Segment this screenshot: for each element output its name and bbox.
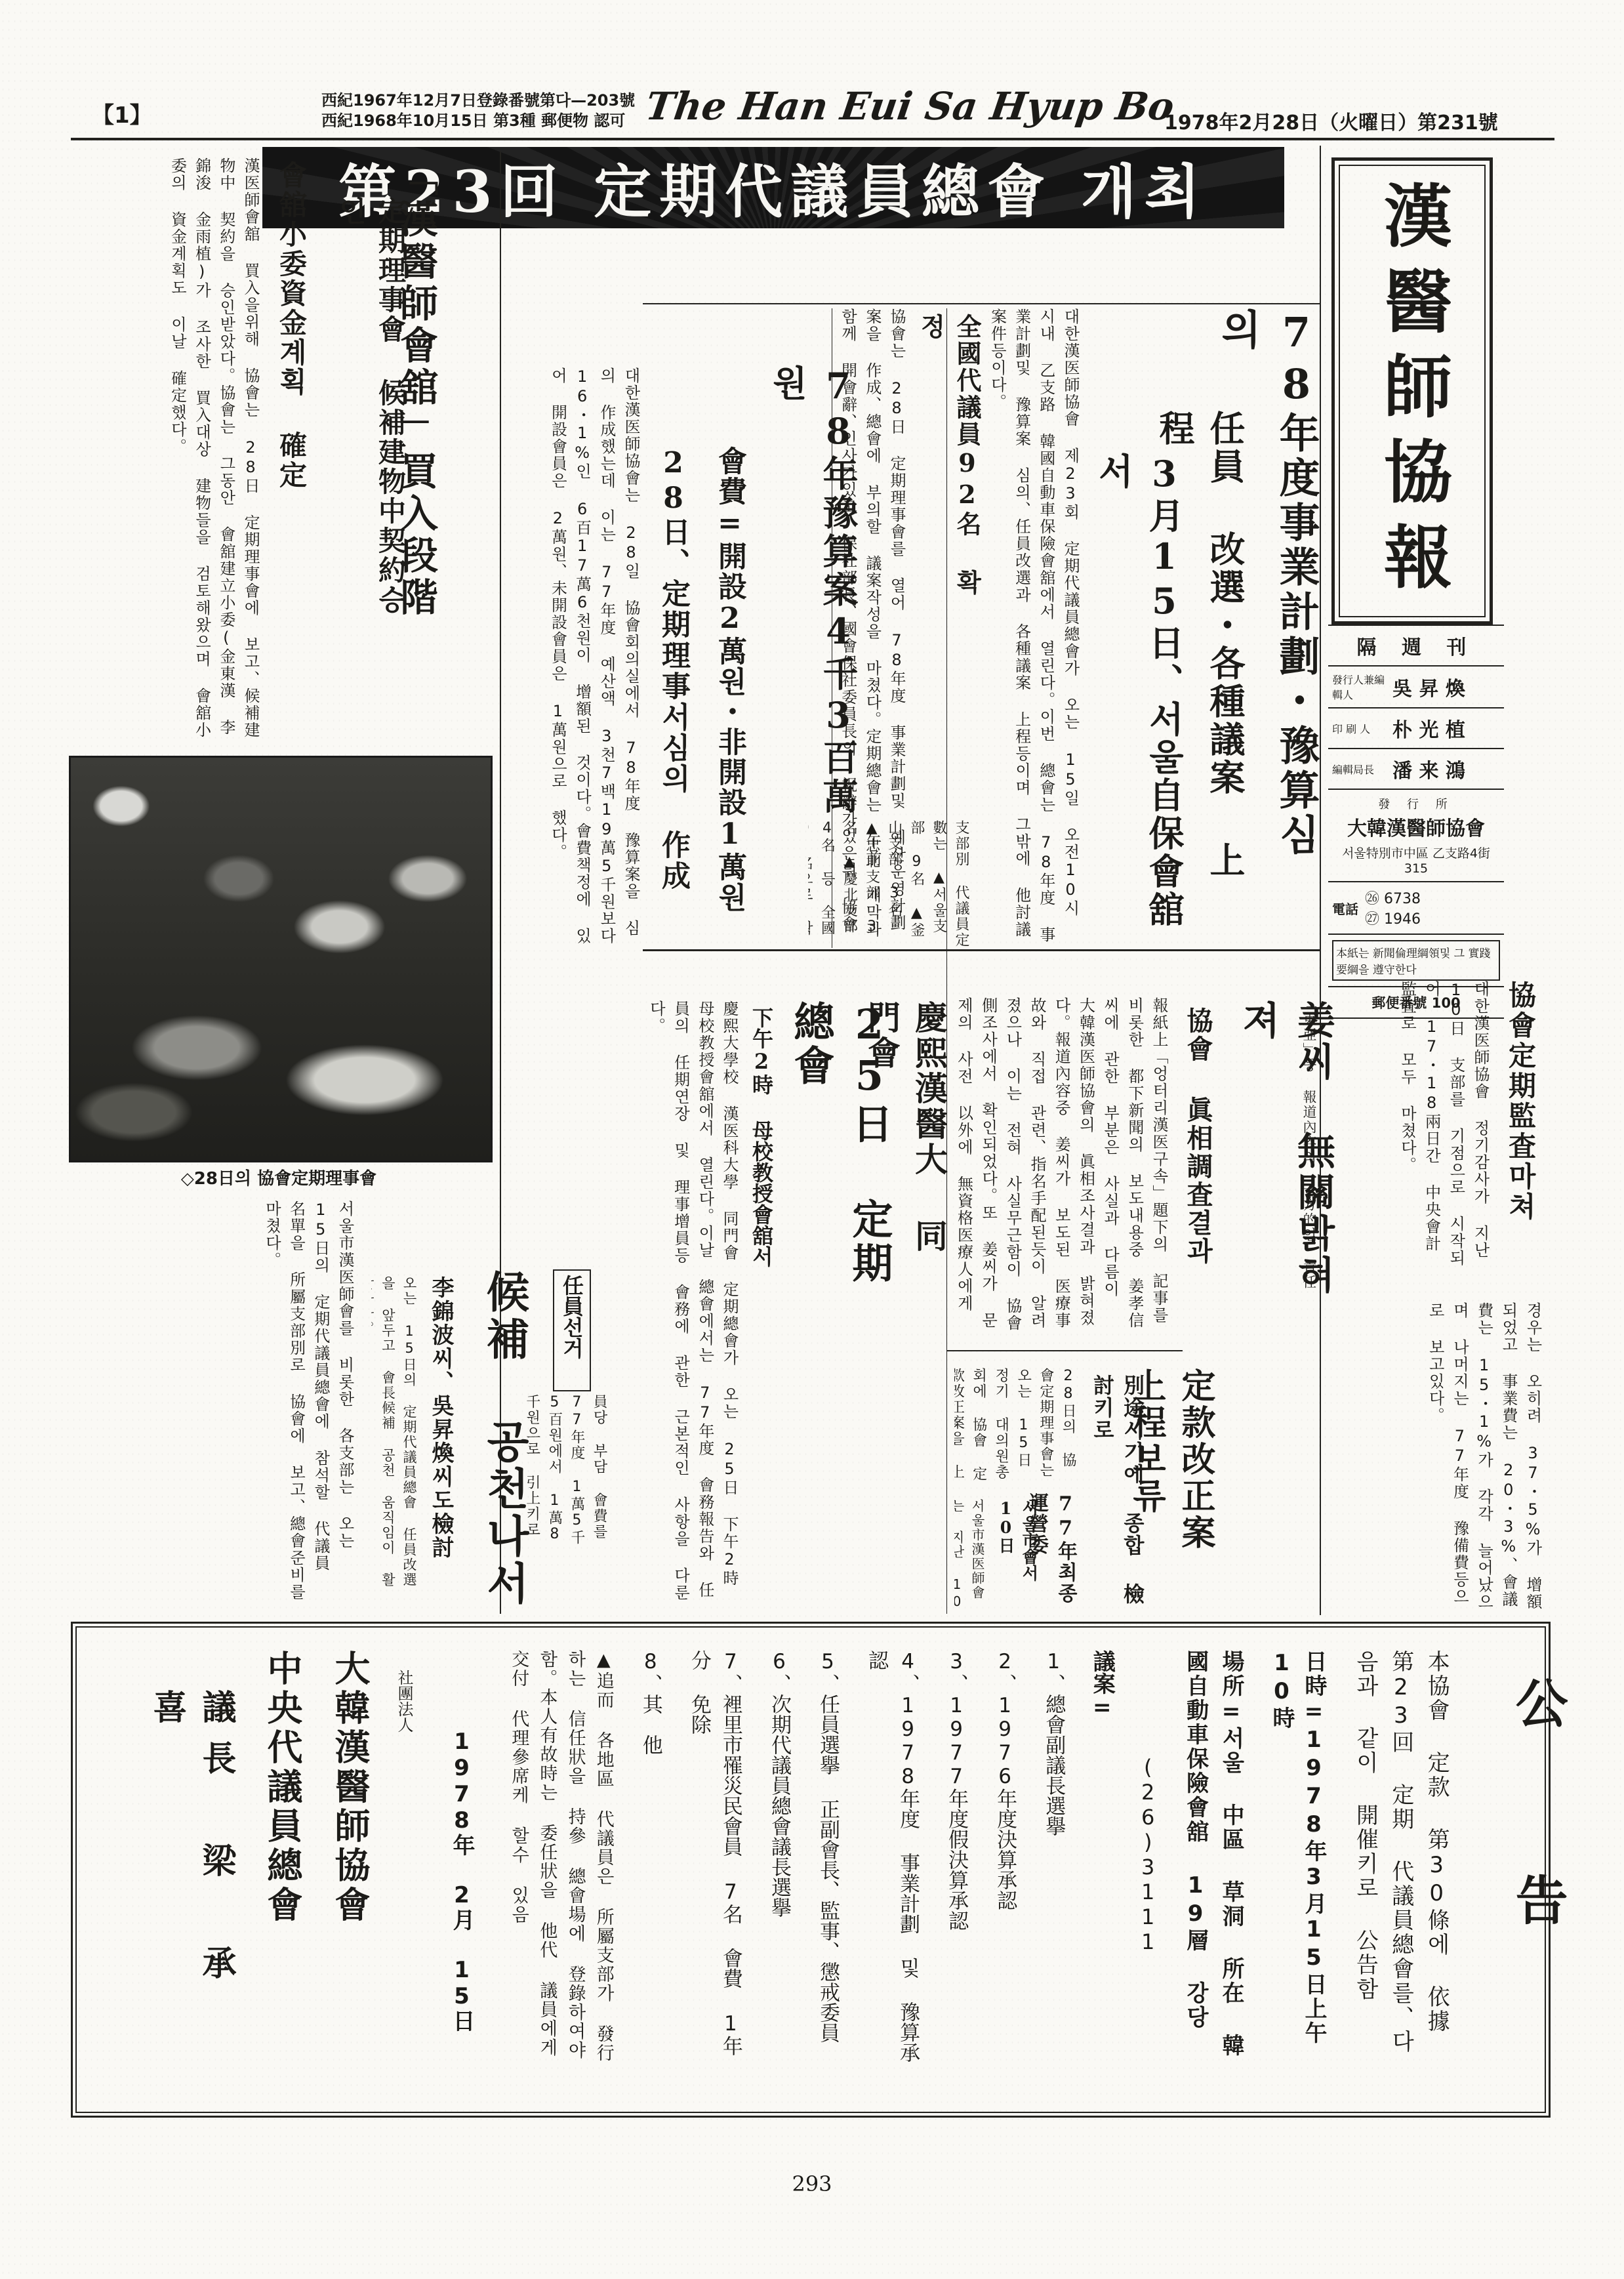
editor-label: 編輯局長 xyxy=(1332,762,1387,777)
kang-article-headline: 姜씨 無關밝혀져 xyxy=(1230,1000,1341,1309)
notice-agenda-label: 議案= xyxy=(1086,1650,1118,2070)
notice-agenda-item-3: 3、1977年度假決算承認 xyxy=(941,1650,972,2070)
notice-intro: 本協會 定款 第30條에 依據 第23回 定期 代議員總會를、다음과 같이 開催… xyxy=(1347,1650,1454,2070)
photo-caption: ◇28日의 協會定期理事會 xyxy=(69,1165,489,1189)
ethics-row: 本紙는 新聞倫理綱領및 그 實踐要綱을 遵守한다 xyxy=(1328,934,1504,986)
notice-title: 公 告 xyxy=(1500,1650,1575,2070)
notice-datetime: 日時=1978年3月15日上午10時 xyxy=(1266,1650,1330,2070)
newspaper-page: 【1】 西紀1967年12月7日登錄番號第다—203號 西紀1968年10月15… xyxy=(0,0,1624,2279)
office-label: 發 行 所 xyxy=(1332,795,1500,812)
hall-article-body: 漢医師會舘 買入을위해 協會는 28日 定期理事會에 보고、候補建物中 契約을 … xyxy=(75,157,262,748)
publisher-row: 發行人兼編輯人 吳 昇 煥 xyxy=(1328,665,1504,707)
seoul-article-body: 서울市漢医師會는 지난 10日 77年度 最終運營委員會를 열고 決算案등을 심… xyxy=(954,1499,987,1614)
section-rule-middle xyxy=(643,949,1320,951)
header-rule xyxy=(71,138,1554,140)
notice-agenda-item-6: 6、次期代議員總會議長選擧 xyxy=(763,1650,795,2070)
printer-name: 朴 光 植 xyxy=(1392,714,1465,743)
publication-info-box: 隔 週 刊 發行人兼編輯人 吳 昇 煥 印 刷 人 朴 光 植 編輯局長 潘 来… xyxy=(1328,625,1504,1019)
kyunghee-article-body: 慶熙大學校 漢医科大學 同門會 定期總會가 오는 25日 下午2時 母校教授會舘… xyxy=(646,1000,741,1604)
branch-article-body: 서울市漢医師會를 비롯한 各支部는 오는 15日의 定期代議員總會에 참석할 代… xyxy=(75,1201,357,1607)
hall-article-subhead-1: 定期理事會 候補建物中契約승인 xyxy=(331,197,410,643)
publisher-label: 發行人兼編輯人 xyxy=(1332,672,1387,702)
budget-fee-note: 員당 부담 會費를 77年度 1萬5千5百원에서 1萬8千원으로 引上키로한 案… xyxy=(525,1394,610,1548)
budget-article-body: 대한漢医師協會는 28일 協會회의실에서 78年度 豫算案을 심의 作成했는데 … xyxy=(505,367,643,945)
phone-label: 電話 xyxy=(1332,899,1358,918)
kyunghee-article-headline-main: 25日 定期總會 xyxy=(782,1000,899,1289)
masthead-english-title: The Han Eui Sa Hyup Bo xyxy=(643,84,1177,129)
phone-number-2: ㉗ 1946 xyxy=(1365,908,1421,928)
notice-venue-phone: (26)3111 xyxy=(1135,1650,1160,2070)
audit-article-body: 대한漢医師協會 정기감사가 지난 10日 支部를 기점으로 시작되어 17・18… xyxy=(1328,981,1492,1283)
column-rule-mid xyxy=(946,308,947,1614)
bylaw-article-subhead: 別途시기에 종합 檢討키로 xyxy=(1087,1374,1148,1611)
masthead-box: 漢醫師協報 xyxy=(1331,157,1493,625)
page-marker: 【1】 xyxy=(92,97,152,129)
kyunghee-article-subhead: 下午2時 母校教授會舘서 xyxy=(746,1007,777,1283)
column-rule-mid-2 xyxy=(832,308,832,948)
seoul-article-subhead: 서울市會서10日 xyxy=(994,1499,1041,1614)
public-notice-box: 公 告 本協會 定款 第30條에 依據 第23回 定期 代議員總會를、다음과 같… xyxy=(71,1622,1551,2118)
printer-label: 印 刷 人 xyxy=(1332,721,1387,736)
election-article-kicker: 任員선거 xyxy=(553,1269,591,1391)
budget-article-subhead-2: 28日、定期理事서심의 作成 xyxy=(652,446,694,905)
office-row: 發 行 所 大韓漢醫師協會 서울特別市中區 乙支路4街315 xyxy=(1328,789,1504,881)
main-article-delegate-list: 支部別 代議員定數는 ▲서울支部 9名 ▲釜山支部 3名 ▲忠北支部 3名 ▲慶… xyxy=(808,820,972,948)
main-article-subhead-2: 3月15日、서울自保會舘서 xyxy=(1089,453,1190,938)
board-meeting-photo xyxy=(69,756,493,1162)
kang-article-body: 報紙上「엉터리漢医구속」題下의 記事를 비롯한 都下新聞의 보도내용중 姜孝信씨… xyxy=(954,997,1171,1332)
notice-agenda-item-7: 7、裡里市罹災民會員 7名 會費 1年分 免除 xyxy=(683,1650,746,2070)
main-article-kicker: 全國代議員92名 확정 xyxy=(913,314,985,615)
public-notice-content: 公 告 本協會 定款 第30條에 依據 第23回 定期 代議員總會를、다음과 같… xyxy=(103,1650,1575,2070)
notice-agenda-item-5: 5、任員選擧 正副會長、監事、懲戒委員 xyxy=(812,1650,843,2070)
masthead-title-vertical: 漢醫師協報 xyxy=(1339,165,1486,617)
kang-article-kicker: 協會 眞相調査결과 xyxy=(1179,1007,1217,1296)
hall-article-subhead-2: 會舘小委資金계획 確定 xyxy=(272,161,311,581)
printer-row: 印 刷 人 朴 光 植 xyxy=(1328,707,1504,748)
budget-article-subhead-1: 會費=開設2萬원・非開設1萬원 xyxy=(708,446,750,938)
notice-venue: 場所=서울 中區 草洞 所在 韓國自動車保險會舘 19層 강당 xyxy=(1177,1650,1249,2070)
audit-article-body-2: 경우는 오히려 37・5%가 增額되었고 事業費는 20・3%、會議費는 15・… xyxy=(1328,1302,1545,1611)
frequency-label: 隔 週 刊 xyxy=(1328,625,1504,665)
bylaw-article-body: 28日의 協會定期理事會는 오는 15日 정기 대의원총회에 協會 定款改正案을… xyxy=(954,1368,1079,1483)
audit-article-headline: 協會定期監査마쳐 xyxy=(1501,981,1540,1263)
notice-org-small: 社團法人 xyxy=(393,1650,416,2070)
notice-org-line-1: 大韓漢醫師協會 xyxy=(325,1650,376,2070)
notice-agenda-item-1: 1、總會副議長選擧 xyxy=(1038,1650,1069,2070)
office-name: 大韓漢醫師協會 xyxy=(1332,812,1500,841)
office-address: 서울特別市中區 乙支路4街315 xyxy=(1332,844,1500,876)
notice-org-line-2: 中央代議員總會 xyxy=(258,1650,308,2070)
bylaw-rule xyxy=(946,1350,1183,1351)
election-article-subhead: 李錦波씨、吳昇煥씨도檢討 xyxy=(425,1276,457,1597)
election-article-body: 오는 15日의 定期代議員總會 任員改選을 앞두고 會長候補 공천 움직임이 활… xyxy=(371,1276,420,1597)
ethics-note: 本紙는 新聞倫理綱領및 그 實踐要綱을 遵守한다 xyxy=(1332,940,1500,981)
budget-article-headline: 78年豫算案4千3百萬원 xyxy=(763,365,864,837)
section-rule-top xyxy=(643,303,1320,304)
issue-date-line: 1978年2月28日（火曜日）第231號 xyxy=(1164,106,1498,135)
notice-agenda-item-2: 2、1976年度決算承認 xyxy=(989,1650,1021,2070)
notice-chairman: 議長 梁 承 喜 xyxy=(142,1650,241,2070)
phone-number-1: ㉖ 6738 xyxy=(1365,888,1421,908)
notice-agenda-item-8: 8、其 他 xyxy=(635,1650,666,2070)
election-article-headline: 候補 공천나서 xyxy=(474,1269,536,1611)
page-number: 293 xyxy=(0,2171,1624,2196)
notice-note: ▲追而 各地區 代議員은 所屬支部가 發行하는 信任狀을 持參 總會場에 登錄하… xyxy=(504,1650,618,2070)
editor-row: 編輯局長 潘 来 鴻 xyxy=(1328,748,1504,789)
public-notice-inner: 公 告 本協會 定款 第30條에 依據 第23回 定期 代議員總會를、다음과 같… xyxy=(75,1626,1546,2113)
notice-agenda-item-4: 4、1978年度 事業計劃 및 豫算承認 xyxy=(861,1650,924,2070)
publisher-name: 吳 昇 煥 xyxy=(1392,672,1465,701)
phone-row: 電話 ㉖ 6738 ㉗ 1946 xyxy=(1328,881,1504,934)
editor-name: 潘 来 鴻 xyxy=(1392,754,1465,783)
notice-date: 1978年 2月 15日 xyxy=(446,1650,478,2070)
